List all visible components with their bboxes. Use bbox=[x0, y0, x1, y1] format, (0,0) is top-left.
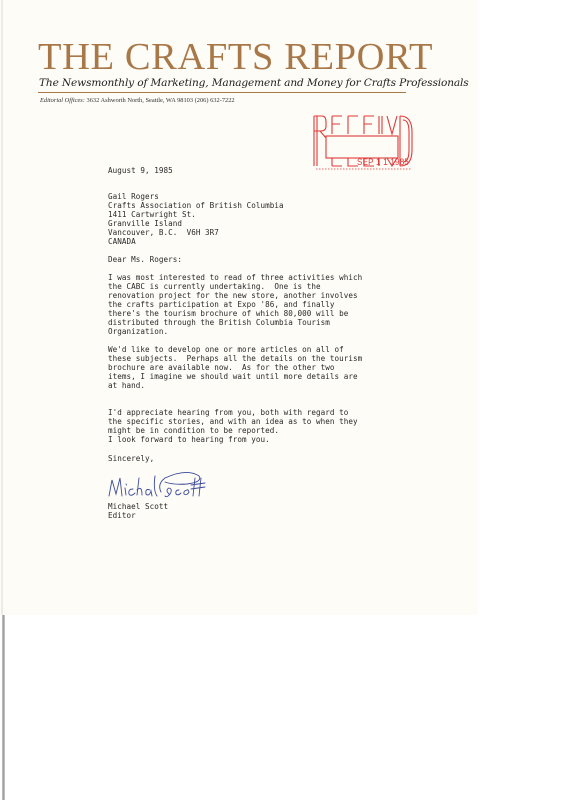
letter-date: August 9, 1985 bbox=[108, 166, 173, 175]
stamp-date: SEP 1 1 1985 bbox=[357, 156, 409, 167]
letterhead-title: THE CRAFTS REPORT bbox=[38, 38, 433, 77]
page-edge bbox=[1, 0, 3, 615]
letter-page: THE CRAFTS REPORT The Newsmonthly of Mar… bbox=[0, 0, 478, 615]
handwritten-signature-icon bbox=[107, 470, 227, 502]
closing: Sincerely, bbox=[108, 454, 154, 463]
body-paragraph-4: I look forward to hearing from you. bbox=[108, 435, 270, 444]
page-shadow-edge bbox=[2, 615, 5, 800]
offices-address: 3632 Ashworth North, Seattle, WA 98103 (… bbox=[85, 97, 235, 104]
signer-title: Editor bbox=[108, 511, 136, 520]
recipient-address: Gail Rogers Crafts Association of Britis… bbox=[108, 192, 284, 246]
editorial-offices: Editorial Offices: 3632 Ashworth North, … bbox=[40, 97, 235, 104]
letterhead-tagline: The Newsmonthly of Marketing, Management… bbox=[39, 77, 469, 89]
salutation: Dear Ms. Rogers: bbox=[108, 255, 182, 264]
offices-label: Editorial Offices: bbox=[40, 97, 85, 104]
body-paragraph-3: I'd appreciate hearing from you, both wi… bbox=[108, 408, 358, 435]
signer-name: Michael Scott bbox=[108, 502, 168, 511]
letterhead-rule bbox=[38, 92, 406, 93]
received-stamp: SEP 1 1 1985 bbox=[312, 112, 414, 170]
body-paragraph-2: We'd like to develop one or more article… bbox=[108, 345, 362, 390]
body-paragraph-1: I was most interested to read of three a… bbox=[108, 273, 362, 336]
